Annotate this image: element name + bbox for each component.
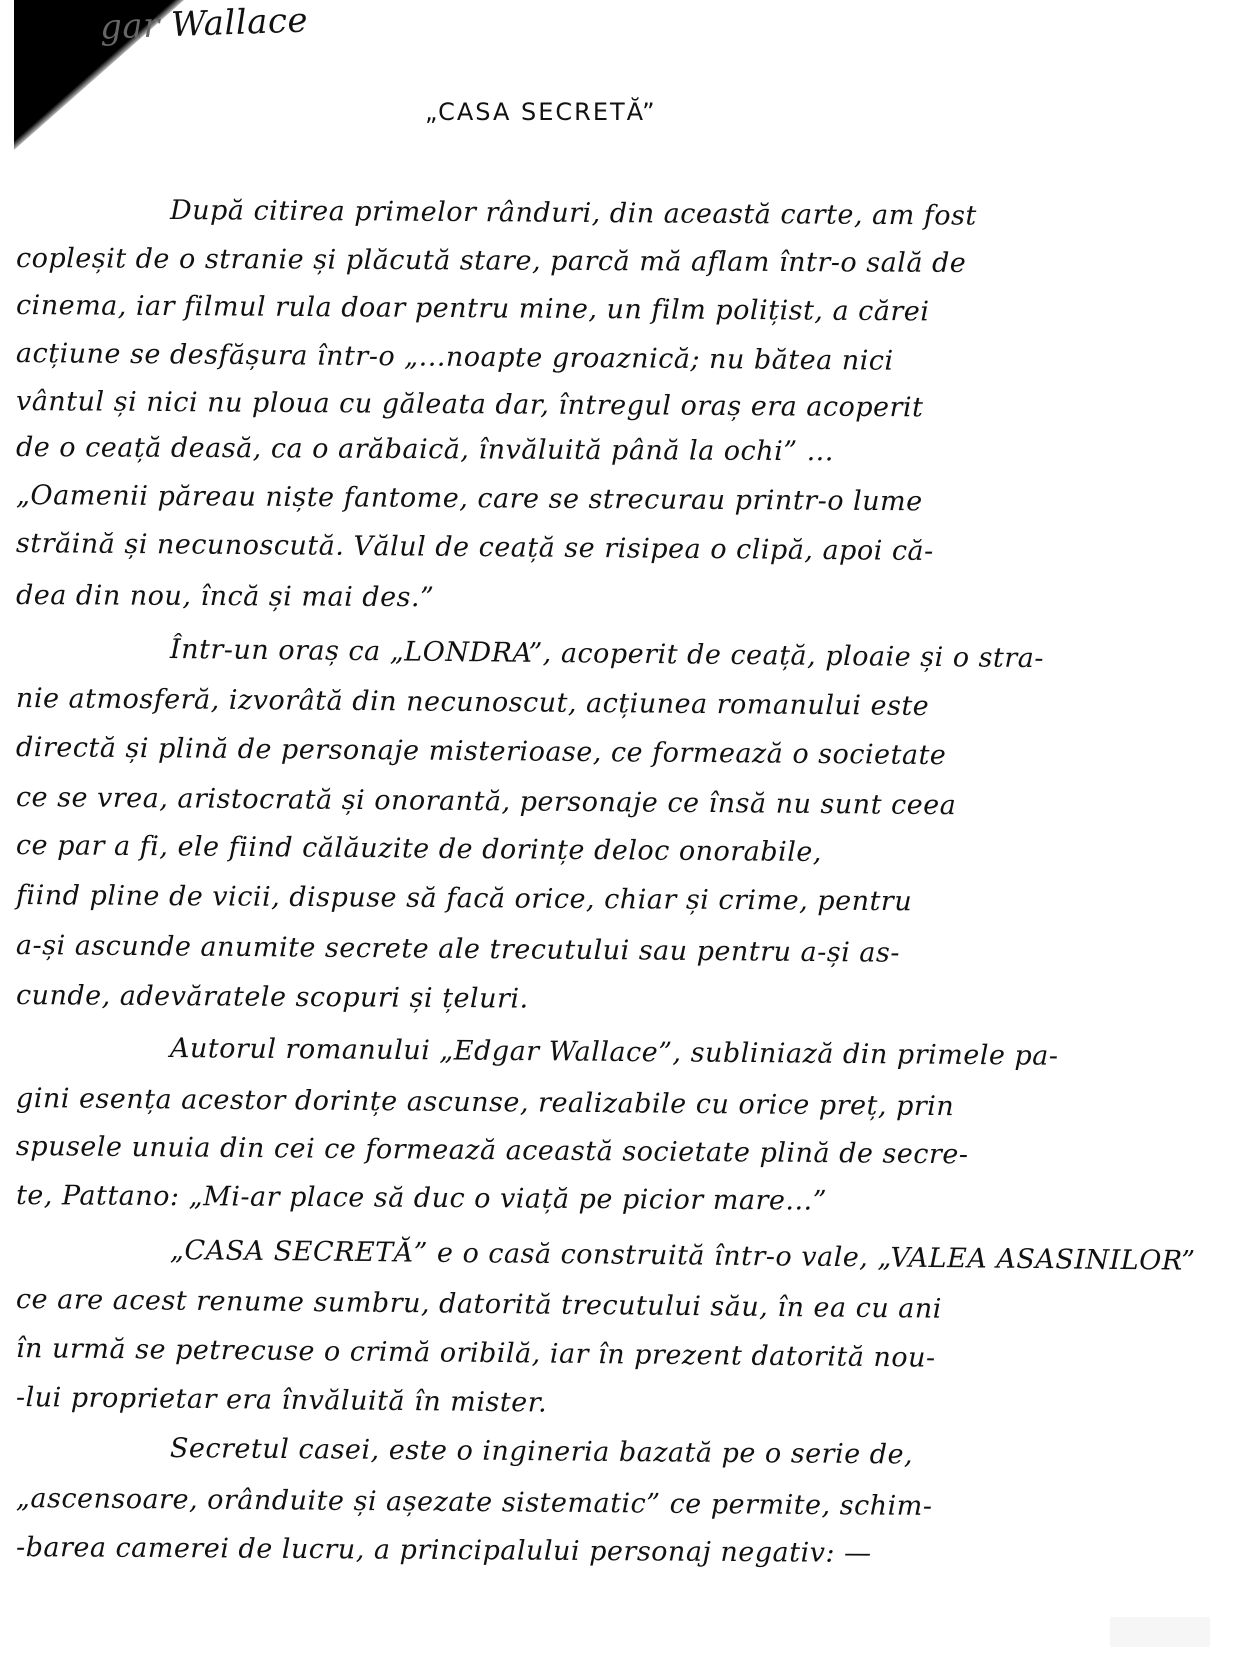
handwritten-line: ce se vrea, aristocrată și onorantă, per… — [16, 782, 957, 821]
handwritten-line: fiind pline de vicii, dispuse să facă or… — [16, 880, 912, 917]
handwritten-line: Secretul casei, este o ingineria bazată … — [170, 1433, 913, 1470]
handwritten-line: în urmă se petrecuse o crimă oribilă, ia… — [16, 1333, 936, 1374]
handwritten-line: Autorul romanului „Edgar Wallace”, subli… — [170, 1033, 1059, 1072]
author-prefix: gar — [99, 6, 160, 48]
handwritten-line: acțiune se desfășura într-o „...noapte g… — [16, 338, 894, 377]
handwritten-line: cinema, iar filmul rula doar pentru mine… — [16, 290, 930, 327]
handwritten-line: te, Pattano: „Mi-ar place să duc o viață… — [16, 1180, 827, 1217]
handwritten-line: „Oamenii păreau niște fantome, care se s… — [16, 480, 923, 517]
handwritten-line: cunde, adevăratele scopuri și țeluri. — [16, 980, 529, 1015]
handwritten-line: -lui proprietar era învăluită în mister. — [16, 1382, 548, 1419]
handwritten-line: „CASA SECRETĂ” e o casă construită într-… — [170, 1235, 1196, 1277]
author-name: gar Wallace — [99, 0, 308, 47]
page-title: „CASA SECRETĂ” — [425, 98, 657, 126]
scanned-page: gar Wallace „CASA SECRETĂ” După citirea … — [0, 0, 1240, 1657]
author-surname: Wallace — [170, 0, 308, 45]
handwritten-line: a-și ascunde anumite secrete ale trecutu… — [16, 930, 900, 969]
handwritten-line: străină și necunoscută. Vălul de ceață s… — [16, 528, 934, 567]
handwritten-line: „ascensoare, orânduite și așezate sistem… — [16, 1483, 933, 1522]
handwritten-line: vântul și nici nu ploua cu găleata dar, … — [16, 386, 924, 423]
handwritten-line: spusele unuia din cei ce formează aceast… — [16, 1131, 969, 1170]
scan-smudge — [1110, 1617, 1210, 1647]
handwritten-line: directă și plină de personaje misterioas… — [16, 732, 947, 771]
handwritten-line: -barea camerei de lucru, a principalului… — [16, 1532, 872, 1569]
handwritten-line: de o ceață deasă, ca o arăbaică, învălui… — [16, 432, 834, 467]
handwritten-line: ce are acest renume sumbru, datorită tre… — [16, 1284, 942, 1325]
handwritten-line: După citirea primelor rânduri, din aceas… — [170, 195, 977, 232]
handwritten-line: ce par a fi, ele fiind călăuzite de dori… — [16, 830, 822, 868]
handwritten-line: dea din nou, încă și mai des.” — [16, 580, 435, 613]
handwritten-line: Într-un oraș ca „LONDRA”, acoperit de ce… — [170, 634, 1044, 674]
handwritten-line: copleșit de o stranie și plăcută stare, … — [16, 243, 966, 279]
handwritten-line: gini esența acestor dorințe ascunse, rea… — [16, 1083, 955, 1122]
handwritten-line: nie atmosferă, izvorâtă din necunoscut, … — [16, 683, 930, 722]
